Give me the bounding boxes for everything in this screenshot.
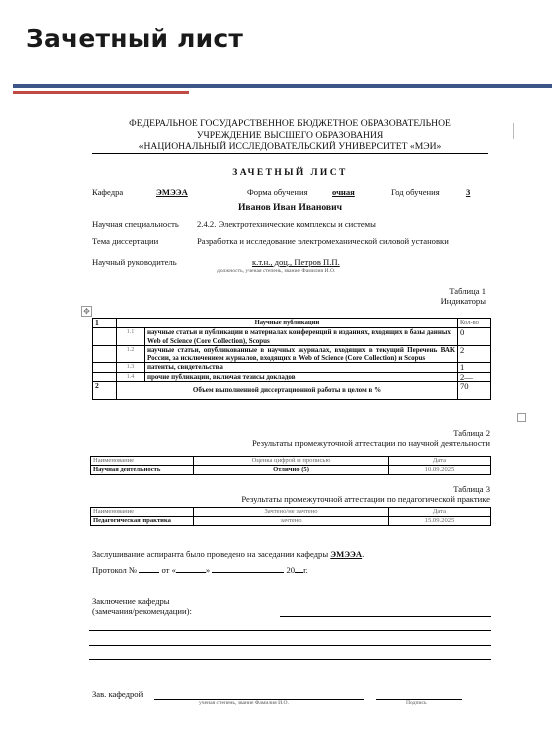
row-number: 1.2 — [117, 345, 145, 363]
hearing-text: Заслушивание аспиранта было проведено на… — [92, 549, 328, 559]
section-number: 1 — [93, 319, 117, 328]
row-count: 0 — [458, 328, 491, 346]
hearing-department: ЭМЭЭА — [330, 549, 362, 559]
table-row: 1.4 прочие публикации, включая тезисы до… — [93, 372, 491, 381]
student-name: Иванов Иван Иванович — [90, 202, 490, 213]
topic-value: Разработка и исследование электромеханич… — [197, 236, 449, 246]
hearing-statement: Заслушивание аспиранта было проведено на… — [92, 549, 364, 559]
document-page: ФЕДЕРАЛЬНОЕ ГОСУДАРСТВЕННОЕ БЮДЖЕТНОЕ ОБ… — [0, 0, 552, 740]
cell-result: зачтено — [194, 516, 389, 525]
protocol-month-field[interactable] — [212, 572, 284, 573]
table-row: 1.1 научные статьи и публикации в матери… — [93, 328, 491, 346]
sheet-title: ЗАЧЕТНЫЙ ЛИСТ — [90, 168, 490, 178]
total-number: 2 — [93, 382, 117, 400]
protocol-quote: » — [206, 565, 210, 575]
supervisor-value: к.т.н., доц., Петров П.П. — [252, 257, 340, 267]
organization-header: ФЕДЕРАЛЬНОЕ ГОСУДАРСТВЕННОЕ БЮДЖЕТНОЕ ОБ… — [90, 118, 490, 153]
org-line-1: ФЕДЕРАЛЬНОЕ ГОСУДАРСТВЕННОЕ БЮДЖЕТНОЕ ОБ… — [90, 118, 490, 130]
total-count: 70 — [458, 382, 491, 400]
cell-name: Педагогическая практика — [91, 516, 194, 525]
head-label: Зав. кафедрой — [92, 689, 143, 699]
table2-caption-number: Таблица 2 — [453, 428, 490, 438]
table-move-handle-icon[interactable]: ✥ — [81, 306, 92, 317]
table-row: 1.2 научные статьи, опубликованные в нау… — [93, 345, 491, 363]
table-header-row: Наименование Оценка цифрой и прописью Да… — [91, 457, 491, 466]
table-row: Педагогическая практика зачтено 15.09.20… — [91, 516, 491, 525]
col-header-date: Дата — [389, 508, 491, 517]
protocol-number-field[interactable] — [139, 572, 159, 573]
topic-label: Тема диссертации — [92, 236, 158, 246]
org-divider — [92, 153, 488, 154]
conclusion-label-1: Заключение кафедры — [92, 596, 170, 606]
protocol-no-label: Протокол № — [92, 565, 137, 575]
conclusion-line-4[interactable] — [89, 659, 491, 660]
col-header-result: Зачтено/не зачтено — [194, 508, 389, 517]
cell-date: 10.09.2025 — [389, 465, 491, 474]
protocol-day-field[interactable] — [176, 572, 206, 573]
protocol-year-field[interactable] — [295, 572, 303, 573]
col-header-name: Наименование — [91, 457, 194, 466]
col-header-date: Дата — [389, 457, 491, 466]
section-title: Научные публикации — [117, 319, 458, 328]
text-cursor — [513, 123, 514, 139]
table3-caption-title: Результаты промежуточной аттестации по п… — [241, 494, 490, 504]
conclusion-label-2: (замечания/рекомендации): — [92, 606, 192, 616]
row-count: 2 — [458, 345, 491, 363]
row-text: научные статьи, опубликованные в научных… — [145, 345, 458, 363]
indicators-table: 1 Научные публикации Кол-во 1.1 научные … — [92, 318, 491, 400]
study-form-label: Форма обучения — [247, 187, 308, 197]
row-text: патенты, свидетельства — [145, 363, 458, 372]
total-text: Объем выполненной диссертационной работы… — [117, 382, 458, 400]
org-line-2: УЧРЕЖДЕНИЕ ВЫСШЕГО ОБРАЗОВАНИЯ — [90, 130, 490, 142]
table2-caption-title: Результаты промежуточной аттестации по н… — [252, 438, 490, 448]
conclusion-line-3[interactable] — [89, 645, 491, 646]
table-row: Научная деятельность Отлично (5) 10.09.2… — [91, 465, 491, 474]
head-name-hint: ученая степень, звание Фамилия И.О. — [199, 700, 289, 706]
conclusion-line-1[interactable] — [280, 616, 491, 617]
protocol-line: Протокол № от «» 20г. — [92, 565, 308, 575]
cell-name: Научная деятельность — [91, 465, 194, 474]
specialty-label: Научная специальность — [92, 219, 179, 229]
row-number: 1.3 — [117, 363, 145, 372]
table-row: 1.3 патенты, свидетельства 1 — [93, 363, 491, 372]
year-value: 3 — [466, 187, 470, 197]
table3-caption-number: Таблица 3 — [453, 484, 490, 494]
protocol-year-suffix: г. — [303, 565, 308, 575]
table-header-row: 1 Научные публикации Кол-во — [93, 319, 491, 328]
table-resize-handle[interactable] — [517, 413, 526, 422]
specialty-value: 2.4.2. Электротехнические комплексы и си… — [197, 219, 376, 229]
study-form-value: очная — [332, 187, 355, 197]
year-label: Год обучения — [391, 187, 440, 197]
supervisor-hint: должность, ученая степень, звание Фамили… — [217, 268, 335, 274]
row-text: прочие публикации, включая тезисы доклад… — [145, 372, 458, 381]
conclusion-line-2[interactable] — [89, 630, 491, 631]
pedagogy-results-table: Наименование Зачтено/не зачтено Дата Пед… — [90, 507, 491, 526]
science-results-table: Наименование Оценка цифрой и прописью Да… — [90, 456, 491, 475]
org-line-3: «НАЦИОНАЛЬНЫЙ ИССЛЕДОВАТЕЛЬСКИЙ УНИВЕРСИ… — [90, 141, 490, 153]
col-header-grade: Оценка цифрой и прописью — [194, 457, 389, 466]
row-number: 1.1 — [117, 328, 145, 346]
protocol-from-label: от « — [162, 565, 176, 575]
supervisor-label: Научный руководитель — [92, 257, 177, 267]
table-total-row: 2 Объем выполненной диссертационной рабо… — [93, 382, 491, 400]
row-number: 1.4 — [117, 372, 145, 381]
table-header-row: Наименование Зачтено/не зачтено Дата — [91, 508, 491, 517]
col-header-name: Наименование — [91, 508, 194, 517]
department-label: Кафедра — [92, 187, 123, 197]
row-text: научные статьи и публикации в материалах… — [145, 328, 458, 346]
signature-hint: Подпись — [406, 700, 427, 706]
department-value: ЭМЭЭА — [156, 187, 188, 197]
table1-caption-number: Таблица 1 — [449, 286, 486, 296]
cell-date: 15.09.2025 — [389, 516, 491, 525]
cell-grade: Отлично (5) — [194, 465, 389, 474]
table1-caption-title: Индикаторы — [441, 296, 486, 306]
protocol-year-prefix: 20 — [287, 565, 296, 575]
